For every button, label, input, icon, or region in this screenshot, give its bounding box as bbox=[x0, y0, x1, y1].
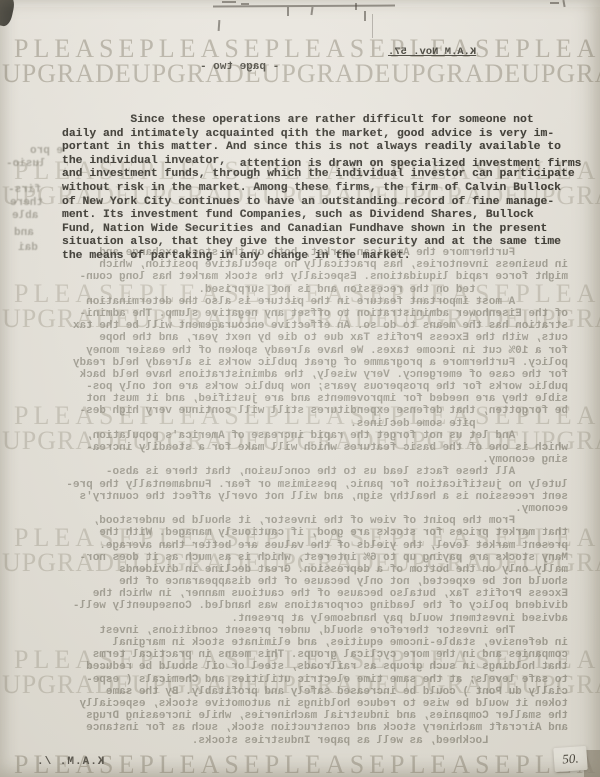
bleedthrough-fragment: lusio- bbox=[6, 158, 46, 170]
bleedthrough-fragment: there bbox=[10, 197, 43, 209]
bleedthrough-line: stration has the means to do so. An effe… bbox=[34, 320, 568, 332]
bleedthrough-line: advised investment would pay handsomely … bbox=[34, 613, 568, 625]
bleedthrough-line: A most important feature in the picture … bbox=[34, 296, 568, 308]
bleedthrough-line: and Aircraft machinery stock and constru… bbox=[34, 722, 568, 734]
bleedthrough-line: present market level, the yields of the … bbox=[34, 540, 568, 552]
bleedthrough-line: be forgotten, that defense expenditures … bbox=[34, 405, 568, 417]
bleedthrough-line: From the point of view of the investor, … bbox=[34, 515, 568, 527]
page-number-sticker: 50. bbox=[553, 746, 588, 772]
bleedthrough-line: Many stocks are paying up to 6% interest… bbox=[34, 552, 568, 564]
bleedthrough-line: that holdings in such groups as railroad… bbox=[34, 661, 568, 673]
scanned-document-page: PLEASEPLEASEPLEASEPLEASEPLEASEUPGRADEUPG… bbox=[0, 0, 600, 777]
bleedthrough-line: pite some declines. bbox=[34, 418, 568, 430]
typed-line: and investment funds, through which the … bbox=[62, 168, 592, 182]
bleedthrough-line: public works for the prosperous years; n… bbox=[34, 381, 568, 393]
bleedthrough-line: mally only on the bottom of a depression… bbox=[34, 564, 568, 576]
bleedthrough-line: ted on the recession and is not surprise… bbox=[34, 284, 568, 296]
typed-paragraph: Since these operations are rather diffic… bbox=[62, 114, 592, 264]
bleedthrough-line: should not be expected, not only because… bbox=[34, 576, 568, 588]
typed-line: the means of partaking in any change in … bbox=[62, 250, 592, 264]
bleedthrough-line: companies and in the more cyclical group… bbox=[34, 649, 568, 661]
typed-line: ment. Its investment fund Companies, suc… bbox=[62, 209, 592, 223]
bleedthrough-line: for the case of emergency. Very wisely, … bbox=[34, 369, 568, 381]
bleedthrough-line: in defensive, stable-income equities, an… bbox=[34, 637, 568, 649]
page-two-label: - page two - bbox=[200, 61, 279, 73]
bleedthrough-fragment: dai bbox=[18, 242, 38, 254]
typed-line: of New York City continues to have an ou… bbox=[62, 196, 592, 210]
bleedthrough-line: policy. Furthermore a programme of great… bbox=[34, 357, 568, 369]
pencil-tick bbox=[355, 3, 357, 10]
bleedthrough-line: lutely no justification for panic, pessi… bbox=[34, 479, 568, 491]
bleedthrough-line: the smaller Companies, and industrial ma… bbox=[34, 710, 568, 722]
pencil-tick bbox=[222, 1, 236, 3]
watermark-word: UPGRADE bbox=[2, 59, 132, 89]
bleedthrough-line: for a 10% cut in income taxes. We have a… bbox=[34, 345, 568, 357]
typed-line: the individual inveator, attention is dr… bbox=[62, 155, 592, 169]
typed-line: portant in this matter. And since this i… bbox=[62, 141, 592, 155]
typed-line: Fund, Nation Wide Securities and Canadia… bbox=[62, 223, 592, 237]
bleedthrough-line: of the Eisenhower administration to offs… bbox=[34, 308, 568, 320]
typed-line: situation also, that they give the inves… bbox=[62, 236, 592, 250]
bleedthrough-line: sent recession is a healthy sign, and wi… bbox=[34, 491, 568, 503]
page-number: 50. bbox=[562, 750, 579, 767]
watermark-row: UPGRADEUPGRADEUPGRADEUPGRADEUPGRADE bbox=[0, 59, 600, 89]
bleedthrough-fragment: firs- bbox=[8, 184, 41, 196]
watermark-word: PLEASE bbox=[390, 750, 515, 777]
pencil-tick bbox=[287, 7, 289, 16]
bleedthrough-fragment: and bbox=[14, 227, 34, 239]
typed-line: Since these operations are rather diffic… bbox=[62, 114, 592, 128]
watermark-word: PLEASE bbox=[265, 750, 390, 777]
bleedthrough-line: sible they are needed for improvements a… bbox=[34, 393, 568, 405]
bleedthrough-line: economy. bbox=[34, 503, 568, 515]
bleedthrough-line: sing economy. bbox=[34, 454, 568, 466]
footer-initials: K.A.M. /. bbox=[36, 756, 104, 768]
watermark-word: UPGRADE bbox=[262, 59, 392, 89]
bleedthrough-line: cuts, with the Excess Profits Tax due to… bbox=[34, 332, 568, 344]
bleedthrough-line: which is one of the basic features which… bbox=[34, 442, 568, 454]
bleedthrough-line: Excess Profits Tax, butalso because of t… bbox=[34, 588, 568, 600]
bleedthrough-line: Lockheed, as well as paper Industries st… bbox=[34, 735, 568, 747]
header-reference: K.A.M Nov. 57. bbox=[388, 46, 476, 58]
bleedthrough-line: cially du Pont ) could be increased safe… bbox=[34, 686, 568, 698]
bleedthrough-fragment: able bbox=[12, 210, 38, 222]
watermark-word: UPGRADE bbox=[391, 59, 521, 89]
bleedthrough-line: The investor therefore should, under pre… bbox=[34, 625, 568, 637]
bleedthrough-line: to safe levels; at the same time electri… bbox=[34, 674, 568, 686]
watermark-word: UPGRADE bbox=[521, 59, 600, 89]
pencil-tick bbox=[550, 2, 559, 4]
bleedthrough-line: token it would be wise to reduce holding… bbox=[34, 698, 568, 710]
watermark-word: PLEASE bbox=[139, 750, 264, 777]
paper-crease bbox=[372, 14, 373, 38]
pencil-tick bbox=[364, 11, 366, 21]
typed-line: daily and intimately acquainted qith the… bbox=[62, 128, 592, 142]
bleedthrough-fragment: e pro bbox=[30, 145, 63, 157]
bleedthrough-line: that market prices for stocks are good, … bbox=[34, 527, 568, 539]
typed-line-offset-part: attention is drawn on specialized invest… bbox=[226, 158, 581, 170]
bleedthrough-line: might force rapid liquidations. Especial… bbox=[34, 271, 568, 283]
pencil-tick bbox=[241, 3, 249, 5]
bleedthrough-text-block: Furthermore the American market, both on… bbox=[34, 247, 568, 747]
bleedthrough-line: dividend policy of the leading corporati… bbox=[34, 600, 568, 612]
bleedthrough-line: All these facts lead us to the conclusio… bbox=[34, 466, 568, 478]
typed-line: without risk in the market. Among these … bbox=[62, 182, 592, 196]
bleedthrough-line: And let us not forget the rapid increase… bbox=[34, 430, 568, 442]
